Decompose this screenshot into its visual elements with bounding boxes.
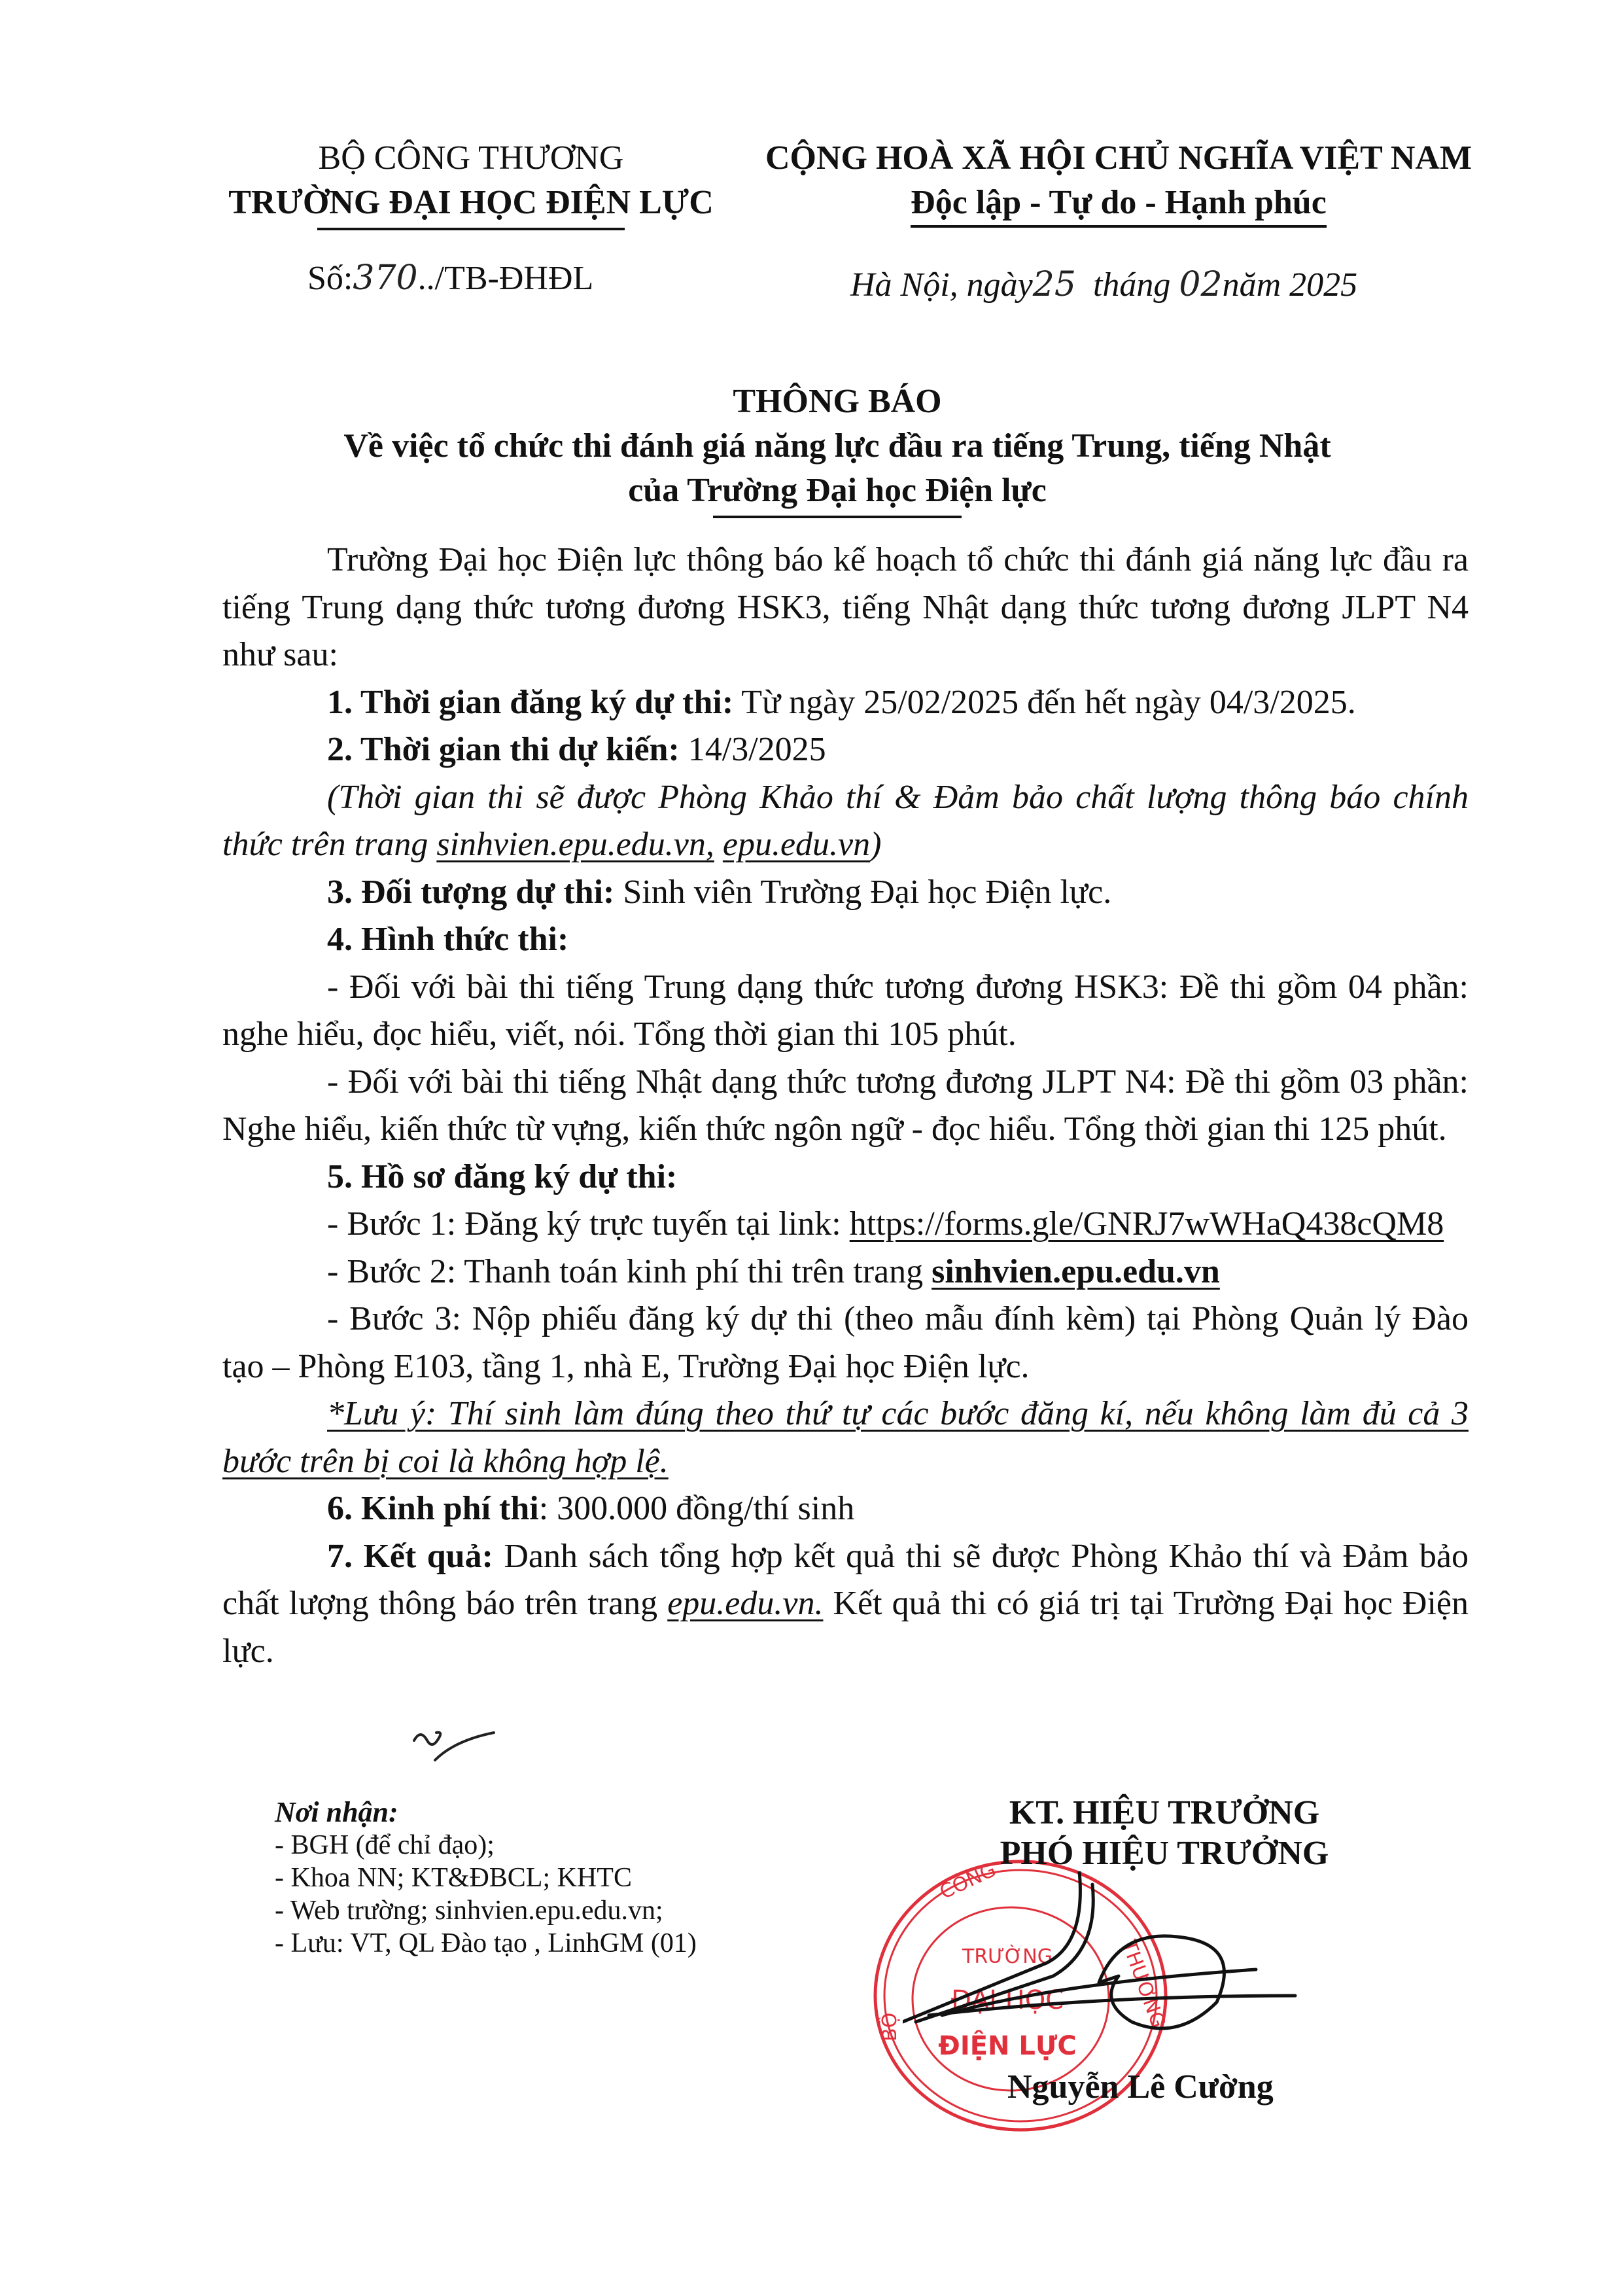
step-2-text: - Bước 2: Thanh toán kinh phí thi trên t… bbox=[327, 1253, 931, 1290]
section-5-step-2: - Bước 2: Thanh toán kinh phí thi trên t… bbox=[222, 1248, 1469, 1296]
recipients-block: Nơi nhận: - BGH (để chỉ đạo); - Khoa NN;… bbox=[275, 1796, 697, 1960]
signatory-position: PHÓ HIỆU TRƯỞNG bbox=[929, 1833, 1400, 1874]
section-5: 5. Hồ sơ đăng ký dự thi: bbox=[222, 1154, 1469, 1201]
section-3-label: 3. Đối tượng dự thi: bbox=[327, 874, 614, 911]
section-6: 6. Kinh phí thi: 300.000 đồng/thí sinh bbox=[222, 1485, 1469, 1533]
section-3: 3. Đối tượng dự thi: Sinh viên Trường Đạ… bbox=[222, 869, 1469, 917]
intro-paragraph: Trường Đại học Điện lực thông báo kế hoạ… bbox=[222, 537, 1469, 679]
payment-site-link[interactable]: sinhvien.epu.edu.vn bbox=[931, 1253, 1220, 1290]
handwritten-signature-icon bbox=[903, 1871, 1361, 2094]
section-1-label: 1. Thời gian đăng ký dự thi: bbox=[327, 684, 733, 721]
number-handwritten: 370 bbox=[353, 258, 417, 298]
recipient-item: - Lưu: VT, QL Đào tạo , LinhGM (01) bbox=[275, 1927, 697, 1960]
step-1-text: - Bước 1: Đăng ký trực tuyến tại link: bbox=[327, 1205, 850, 1243]
school-name: TRƯỜNG ĐẠI HỌC ĐIỆN LỰC bbox=[196, 181, 746, 225]
issuer-block: BỘ CÔNG THƯƠNG TRƯỜNG ĐẠI HỌC ĐIỆN LỰC bbox=[196, 136, 746, 230]
date-day: 25 bbox=[1033, 265, 1076, 304]
section-6-text: : 300.000 đồng/thí sinh bbox=[539, 1490, 854, 1527]
handwritten-initial-icon bbox=[409, 1721, 500, 1767]
document-number: Số:370../TB-ĐHĐL bbox=[307, 258, 593, 298]
signatory-title: KT. HIỆU TRƯỞNG PHÓ HIỆU TRƯỞNG bbox=[929, 1793, 1400, 1874]
section-2-label: 2. Thời gian thi dự kiến: bbox=[327, 731, 680, 768]
recipient-item: - BGH (để chỉ đạo); bbox=[275, 1829, 697, 1862]
section-2: 2. Thời gian thi dự kiến: 14/3/2025 bbox=[222, 726, 1469, 774]
section-4: 4. Hình thức thi: bbox=[222, 916, 1469, 964]
section-5-label: 5. Hồ sơ đăng ký dự thi: bbox=[327, 1158, 677, 1195]
note-close: ) bbox=[870, 826, 881, 863]
section-7: 7. Kết quả: Danh sách tổng hợp kết quả t… bbox=[222, 1533, 1469, 1676]
section-4-japanese: - Đối với bài thi tiếng Nhật dạng thức t… bbox=[222, 1059, 1469, 1154]
recipients-heading: Nơi nhận: bbox=[275, 1796, 697, 1829]
section-4-chinese: - Đối với bài thi tiếng Trung dạng thức … bbox=[222, 964, 1469, 1059]
section-5-step-3: - Bước 3: Nộp phiếu đăng ký dự thi (theo… bbox=[222, 1296, 1469, 1390]
subject-line-2: của Trường Đại học Điện lực bbox=[196, 468, 1478, 513]
date-month: 02 bbox=[1179, 265, 1222, 304]
date-month-label: tháng bbox=[1093, 266, 1170, 304]
section-3-text: Sinh viên Trường Đại học Điện lực. bbox=[614, 874, 1111, 911]
on-behalf-label: KT. HIỆU TRƯỞNG bbox=[929, 1793, 1400, 1833]
document-body: Trường Đại học Điện lực thông báo kế hoạ… bbox=[222, 537, 1469, 1675]
issue-date: Hà Nội, ngày25 tháng 02năm 2025 bbox=[850, 265, 1357, 304]
national-header: CỘNG HOÀ XÃ HỘI CHỦ NGHĨA VIỆT NAM Độc l… bbox=[759, 136, 1478, 225]
country-name: CỘNG HOÀ XÃ HỘI CHỦ NGHĨA VIỆT NAM bbox=[759, 136, 1478, 181]
note-sep bbox=[714, 826, 723, 863]
results-site-link[interactable]: epu.edu.vn. bbox=[667, 1585, 823, 1622]
section-1: 1. Thời gian đăng ký dự thi: Từ ngày 25/… bbox=[222, 679, 1469, 727]
date-year: năm 2025 bbox=[1223, 266, 1358, 304]
link-epu[interactable]: epu.edu.vn bbox=[723, 826, 870, 863]
document-title: THÔNG BÁO Về việc tổ chức thi đánh giá n… bbox=[196, 380, 1478, 518]
school-underline bbox=[317, 228, 625, 230]
svg-text:BỘ: BỘ bbox=[877, 2013, 901, 2041]
number-suffix: ../TB-ĐHĐL bbox=[418, 260, 594, 297]
doc-type: THÔNG BÁO bbox=[196, 380, 1478, 424]
subject-line-1: Về việc tổ chức thi đánh giá năng lực đầ… bbox=[196, 424, 1478, 468]
motto-text: Độc lập - Tự do - Hạnh phúc bbox=[911, 184, 1327, 228]
date-prefix: Hà Nội, ngày bbox=[850, 266, 1033, 304]
registration-form-link[interactable]: https://forms.gle/GNRJ7wWHaQ438cQM8 bbox=[850, 1205, 1444, 1243]
number-prefix: Số: bbox=[307, 260, 353, 297]
recipient-item: - Khoa NN; KT&ĐBCL; KHTC bbox=[275, 1862, 697, 1894]
title-underline bbox=[713, 516, 962, 518]
section-1-text: Từ ngày 25/02/2025 đến hết ngày 04/3/202… bbox=[733, 684, 1356, 721]
school-name-text: TRƯỜNG ĐẠI HỌC ĐIỆN LỰC bbox=[228, 184, 714, 221]
signatory-name: Nguyễn Lê Cường bbox=[1007, 2068, 1274, 2106]
section-5-step-1: - Bước 1: Đăng ký trực tuyến tại link: h… bbox=[222, 1201, 1469, 1248]
ministry-name: BỘ CÔNG THƯƠNG bbox=[196, 136, 746, 181]
link-sinhvien[interactable]: sinhvien.epu.edu.vn, bbox=[436, 826, 714, 863]
section-4-label: 4. Hình thức thi: bbox=[327, 921, 568, 958]
section-2-note: (Thời gian thi sẽ được Phòng Khảo thí & … bbox=[222, 774, 1469, 869]
section-7-label: 7. Kết quả: bbox=[327, 1538, 493, 1575]
section-6-label: 6. Kinh phí thi bbox=[327, 1490, 539, 1527]
section-5-note: *Lưu ý: Thí sinh làm đúng theo thứ tự cá… bbox=[222, 1390, 1469, 1485]
national-motto: Độc lập - Tự do - Hạnh phúc bbox=[759, 181, 1478, 225]
section-2-text: 14/3/2025 bbox=[680, 731, 826, 768]
recipient-item: - Web trường; sinhvien.epu.edu.vn; bbox=[275, 1894, 697, 1927]
